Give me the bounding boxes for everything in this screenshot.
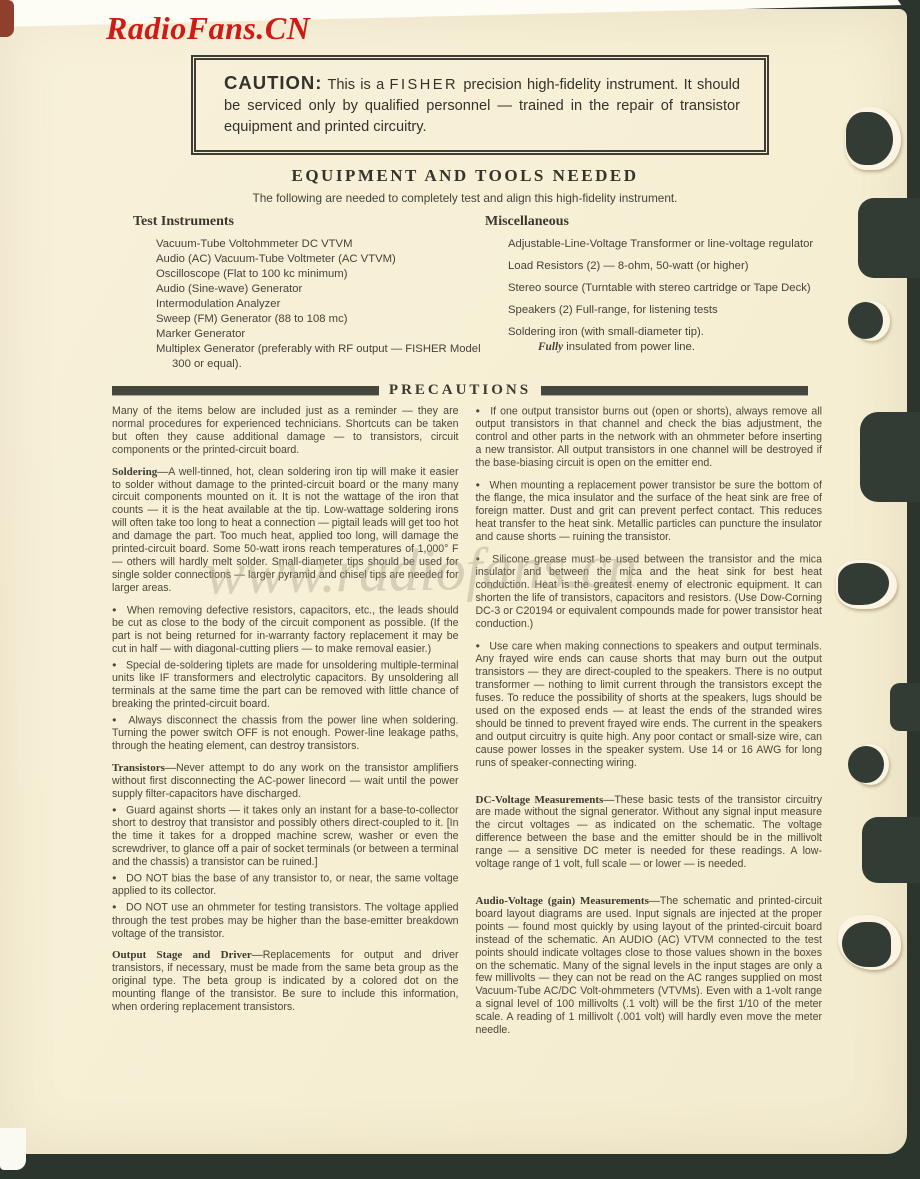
equipment-item: Load Resistors (2) — 8-ohm, 50-watt (or … (508, 259, 823, 274)
equipment-item: Multiplex Generator (preferably with RF … (156, 342, 485, 372)
paragraph-lead: Soldering— (112, 466, 168, 478)
test-instruments-list: Vacuum-Tube Voltohmmeter DC VTVMAudio (A… (133, 237, 485, 372)
header-bar-right (541, 386, 808, 395)
paragraph: ● Use care when making connections to sp… (476, 640, 823, 770)
under-page-sliver (0, 1128, 26, 1170)
equipment-item: Marker Generator (156, 327, 485, 342)
scanned-service-manual-page: RadioFans.CN CAUTION: This is a FISHER p… (0, 0, 920, 1179)
binder-notch (860, 412, 920, 502)
paragraph: ● If one output transistor burns out (op… (476, 405, 823, 470)
paragraph: ● When mounting a replacement power tran… (476, 479, 823, 544)
binder-hole (848, 746, 884, 783)
section-title-equipment: EQUIPMENT AND TOOLS NEEDED (110, 166, 820, 186)
paragraph: ● Silicone grease must be used between t… (476, 553, 823, 631)
bullet-icon: ● (112, 805, 126, 814)
equipment-item: Audio (Sine-wave) Generator (156, 282, 485, 297)
equipment-item: Vacuum-Tube Voltohmmeter DC VTVM (156, 237, 485, 252)
equipment-item: Oscilloscope (Flat to 100 kc minimum) (156, 267, 485, 282)
paragraph-lead: Audio-Voltage (gain) Measurements— (476, 895, 660, 907)
binder-notch (862, 817, 920, 883)
paragraph-lead: DC-Voltage Measurements— (476, 794, 615, 806)
section-title-precautions: PRECAUTIONS (389, 382, 531, 399)
bullet-icon: ● (112, 660, 126, 669)
paragraph: Audio-Voltage (gain) Measurements—The sc… (476, 895, 823, 1037)
bullet-icon: ● (112, 605, 127, 614)
equipment-item: Intermodulation Analyzer (156, 297, 485, 312)
paragraph: ● DO NOT use an ohmmeter for testing tra… (112, 901, 459, 940)
bullet-icon: ● (112, 715, 128, 724)
paragraph: Many of the items below are included jus… (112, 405, 459, 457)
paragraph: ● When removing defective resistors, cap… (112, 604, 459, 656)
paragraph-lead: Transistors— (112, 762, 176, 774)
bullet-icon: ● (476, 406, 491, 415)
precautions-left-column: Many of the items below are included jus… (112, 405, 459, 1040)
site-watermark: RadioFans.CN (106, 10, 310, 47)
equipment-item: Sweep (FM) Generator (88 to 108 mc) (156, 312, 485, 327)
section-subtitle-equipment: The following are needed to completely t… (110, 191, 820, 205)
test-instruments-heading: Test Instruments (133, 214, 485, 230)
caution-text-pre: This is a (322, 77, 389, 93)
corner-stain (0, 0, 14, 37)
paragraph: Transistors—Never attempt to do any work… (112, 762, 459, 801)
test-instruments-column: Test Instruments Vacuum-Tube Voltohmmete… (133, 214, 485, 372)
paragraph-lead: Output Stage and Driver— (112, 949, 263, 961)
equipment-item: Adjustable-Line-Voltage Transformer or l… (508, 237, 823, 252)
caution-box: CAUTION: This is a FISHER precision high… (191, 55, 769, 155)
paragraph: ● Guard against shorts — it takes only a… (112, 804, 459, 869)
paragraph: ● Special de-soldering tiplets are made … (112, 659, 459, 711)
paragraph: ● DO NOT bias the base of any transistor… (112, 872, 459, 898)
precautions-body: Many of the items below are included jus… (112, 405, 822, 1040)
miscellaneous-column: Miscellaneous Adjustable-Line-Voltage Tr… (485, 214, 823, 372)
equipment-item: Speakers (2) Full-range, for listening t… (508, 303, 823, 318)
binder-hole (848, 302, 883, 339)
paragraph: Output Stage and Driver—Replacements for… (112, 949, 459, 1014)
paragraph: DC-Voltage Measurements—These basic test… (476, 794, 823, 871)
paragraph: ● Always disconnect the chassis from the… (112, 714, 459, 753)
caution-label: CAUTION: (224, 72, 322, 93)
binder-hole (842, 922, 891, 967)
miscellaneous-list: Adjustable-Line-Voltage Transformer or l… (485, 237, 823, 355)
binder-hole (846, 112, 893, 165)
binder-notch (890, 683, 920, 731)
paragraph: Soldering—A well-tinned, hot, clean sold… (112, 466, 459, 595)
precautions-right-column: ● If one output transistor burns out (op… (476, 405, 823, 1040)
header-bar-left (112, 386, 379, 395)
item-note: Fully insulated from power line. (538, 340, 823, 355)
brand-name: FISHER (390, 77, 459, 93)
bullet-icon: ● (112, 873, 126, 882)
miscellaneous-heading: Miscellaneous (485, 214, 823, 230)
binder-notch (858, 198, 920, 278)
precautions-header: PRECAUTIONS (112, 382, 808, 399)
equipment-columns: Test Instruments Vacuum-Tube Voltohmmete… (133, 214, 823, 372)
bullet-icon: ● (476, 480, 490, 489)
bullet-icon: ● (112, 902, 126, 911)
equipment-item: Audio (AC) Vacuum-Tube Voltmeter (AC VTV… (156, 252, 485, 267)
bullet-icon: ● (476, 641, 490, 650)
bullet-icon: ● (476, 554, 493, 563)
equipment-item: Stereo source (Turntable with stereo car… (508, 281, 823, 296)
equipment-item: Soldering iron (with small-diameter tip)… (508, 325, 823, 355)
